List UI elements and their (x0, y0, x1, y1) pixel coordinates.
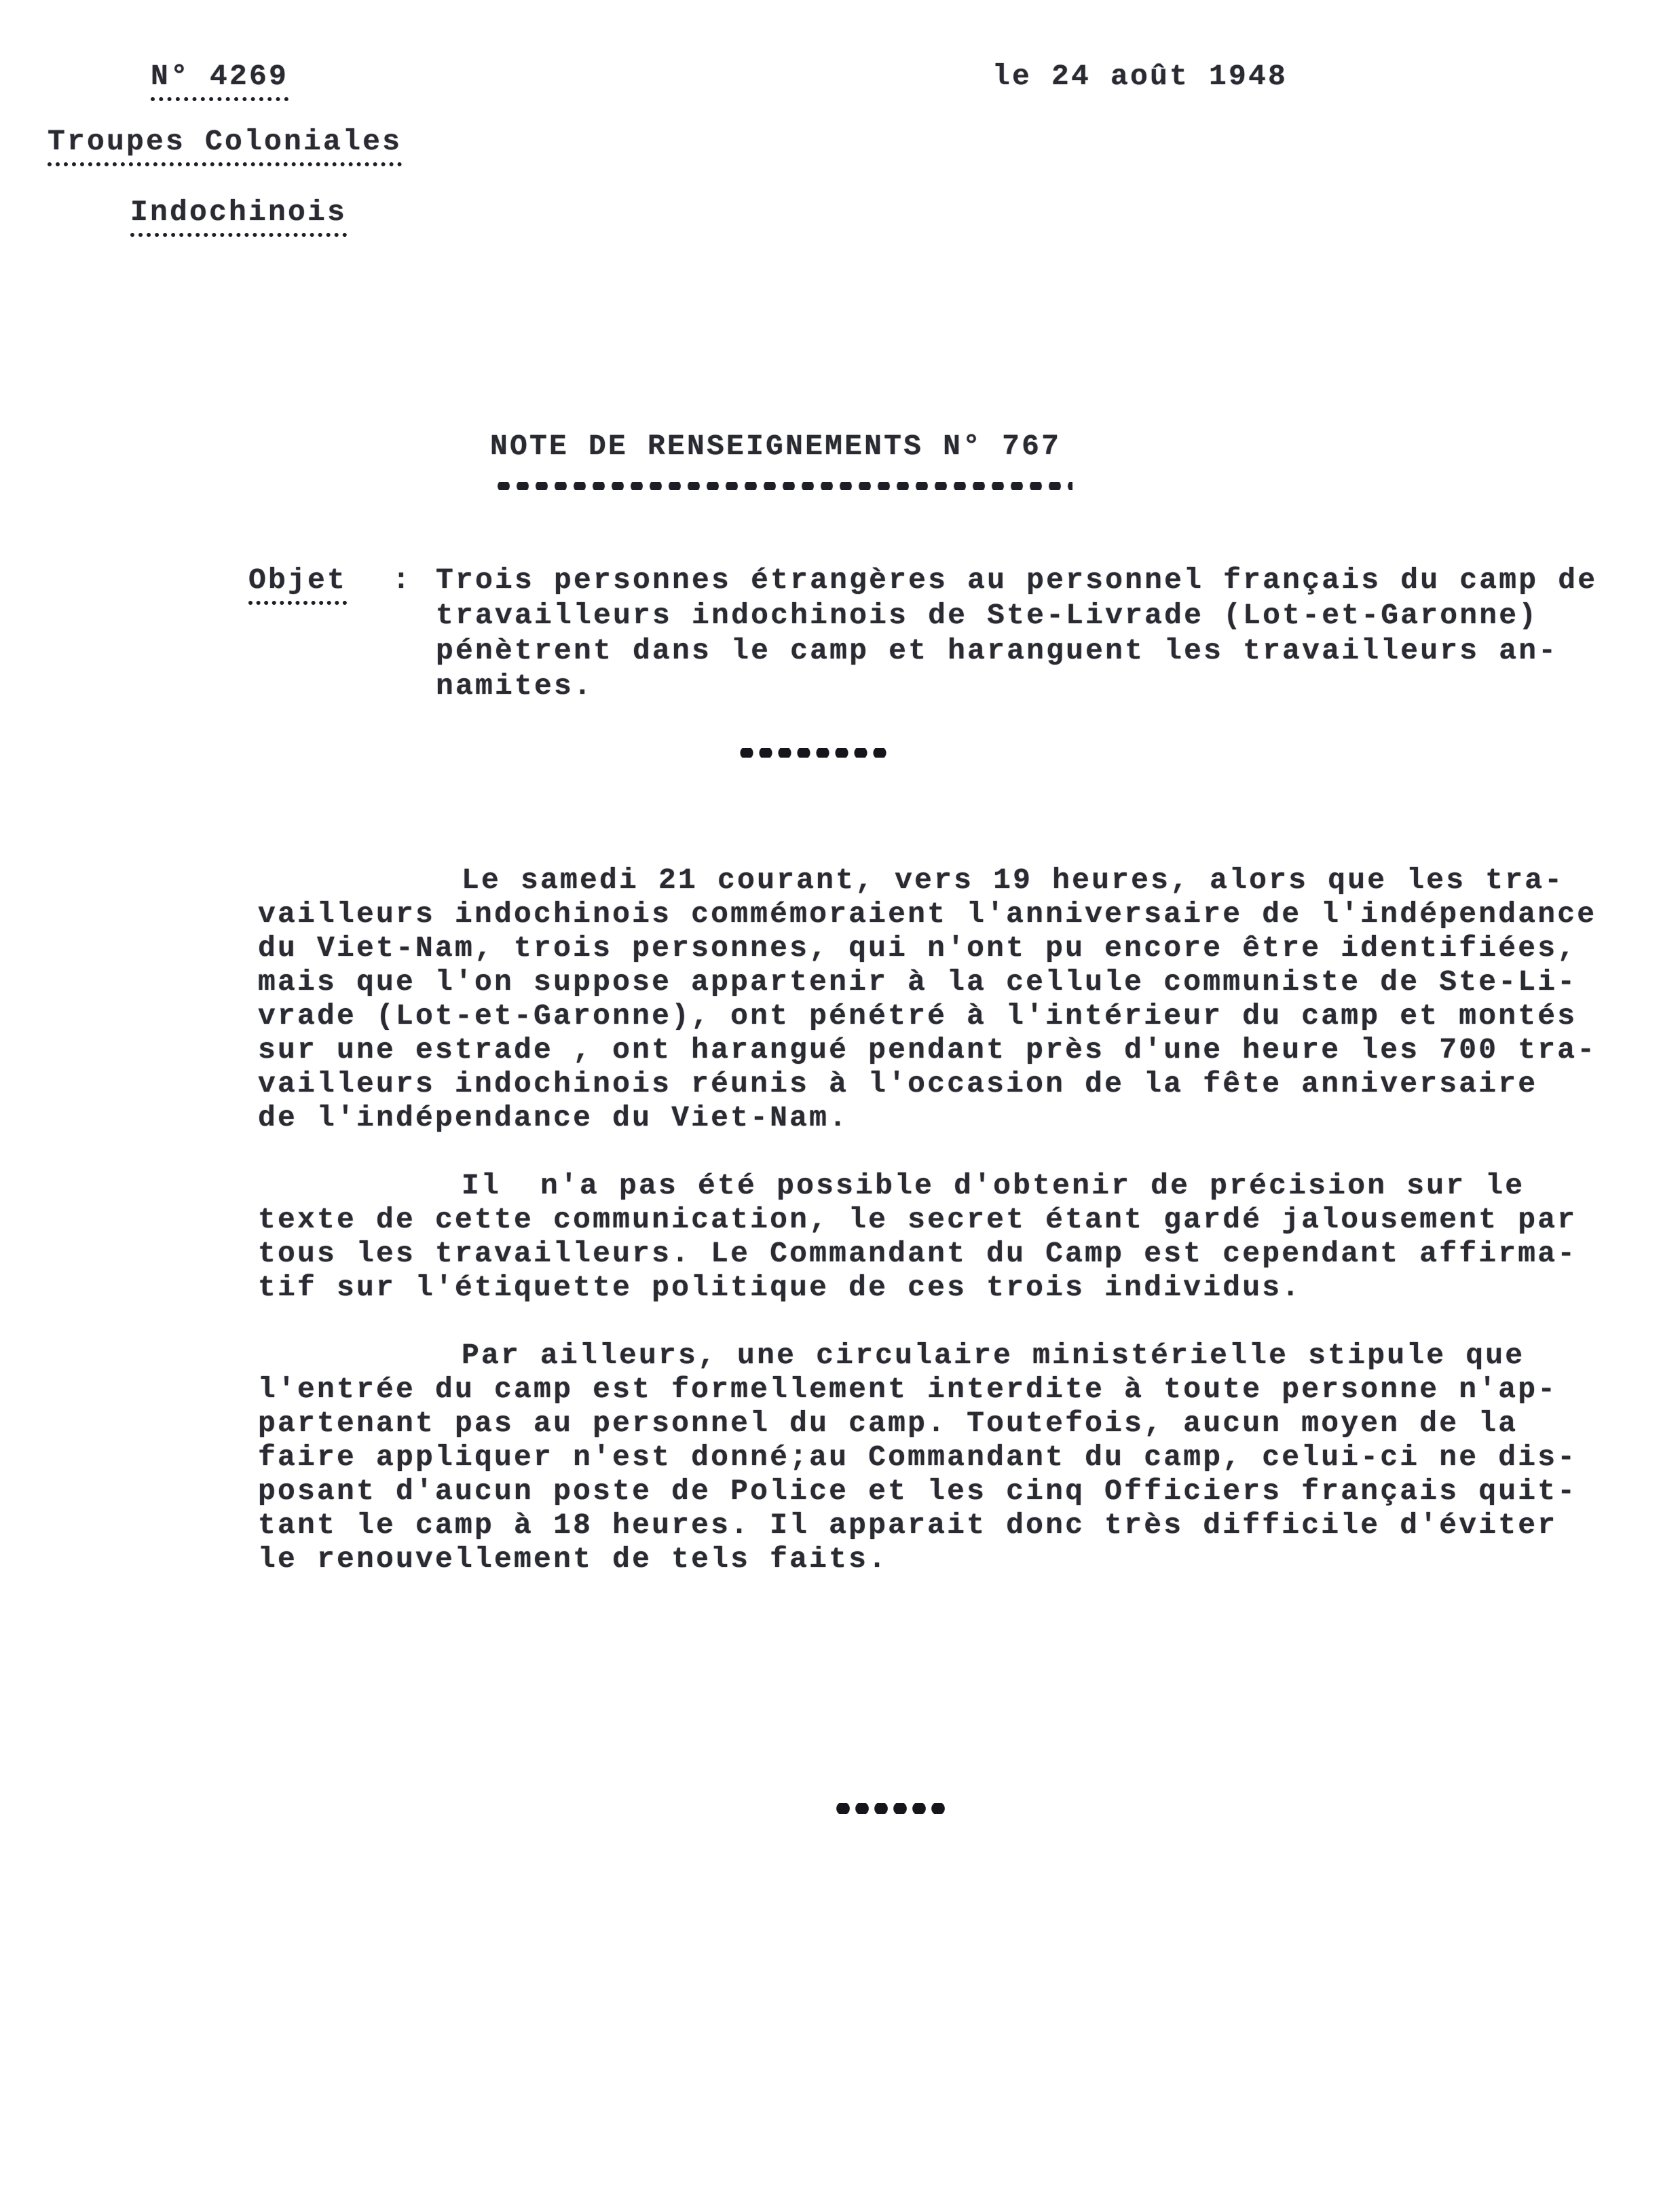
paragraph-2-line: tous les travailleurs. Le Commandant du … (258, 1237, 1577, 1270)
paragraph-3-line: le renouvellement de tels faits. (258, 1542, 888, 1576)
paragraph-3-line: l'entrée du camp est formellement interd… (258, 1373, 1557, 1406)
paragraph-1-line: vrade (Lot-et-Garonne), ont pénétré à l'… (258, 999, 1577, 1033)
paragraph-2-line: texte de cette communication, le secret … (258, 1203, 1577, 1236)
paragraph-1-line: Le samedi 21 courant, vers 19 heures, al… (462, 864, 1564, 897)
reference-number: N° 4269 (151, 60, 288, 101)
paragraph-1-line: vailleurs indochinois réunis à l'occasio… (258, 1067, 1537, 1100)
objet-colon: : (392, 563, 412, 597)
objet-line: namites. (436, 669, 593, 703)
paragraph-3-line: partenant pas au personnel du camp. Tout… (258, 1407, 1518, 1440)
objet-label: Objet (248, 563, 347, 605)
document-title: NOTE DE RENSEIGNEMENTS N° 767 (490, 430, 1061, 463)
objet-line: Trois personnes étrangères au personnel … (436, 563, 1597, 597)
document-date: le 24 août 1948 (992, 60, 1288, 93)
paragraph-2-line: tif sur l'étiquette politique de ces tro… (258, 1271, 1301, 1304)
paragraph-2-line: Il n'a pas été possible d'obtenir de pré… (462, 1169, 1525, 1202)
objet-line: travailleurs indochinois de Ste-Livrade … (436, 599, 1538, 632)
title-underline (494, 482, 1072, 490)
section-separator (737, 748, 889, 758)
corps-heading: Troupes Coloniales (48, 125, 402, 166)
paragraph-1-line: sur une estrade , ont harangué pendant p… (258, 1033, 1597, 1067)
paragraph-3-line: posant d'aucun poste de Police et les ci… (258, 1475, 1577, 1508)
end-separator (834, 1803, 949, 1814)
subdivision-heading: Indochinois (130, 196, 347, 237)
paragraph-3-line: faire appliquer n'est donné;au Commandan… (258, 1441, 1577, 1474)
paragraph-3-line: Par ailleurs, une circulaire ministériel… (462, 1339, 1525, 1372)
objet-line: pénètrent dans le camp et haranguent les… (436, 634, 1558, 667)
paragraph-1-line: du Viet-Nam, trois personnes, qui n'ont … (258, 931, 1577, 965)
paragraph-1-line: mais que l'on suppose appartenir à la ce… (258, 965, 1577, 999)
paragraph-1-line: de l'indépendance du Viet-Nam. (258, 1101, 848, 1134)
paragraph-1-line: vailleurs indochinois commémoraient l'an… (258, 897, 1597, 931)
paragraph-3-line: tant le camp à 18 heures. Il apparait do… (258, 1508, 1557, 1542)
